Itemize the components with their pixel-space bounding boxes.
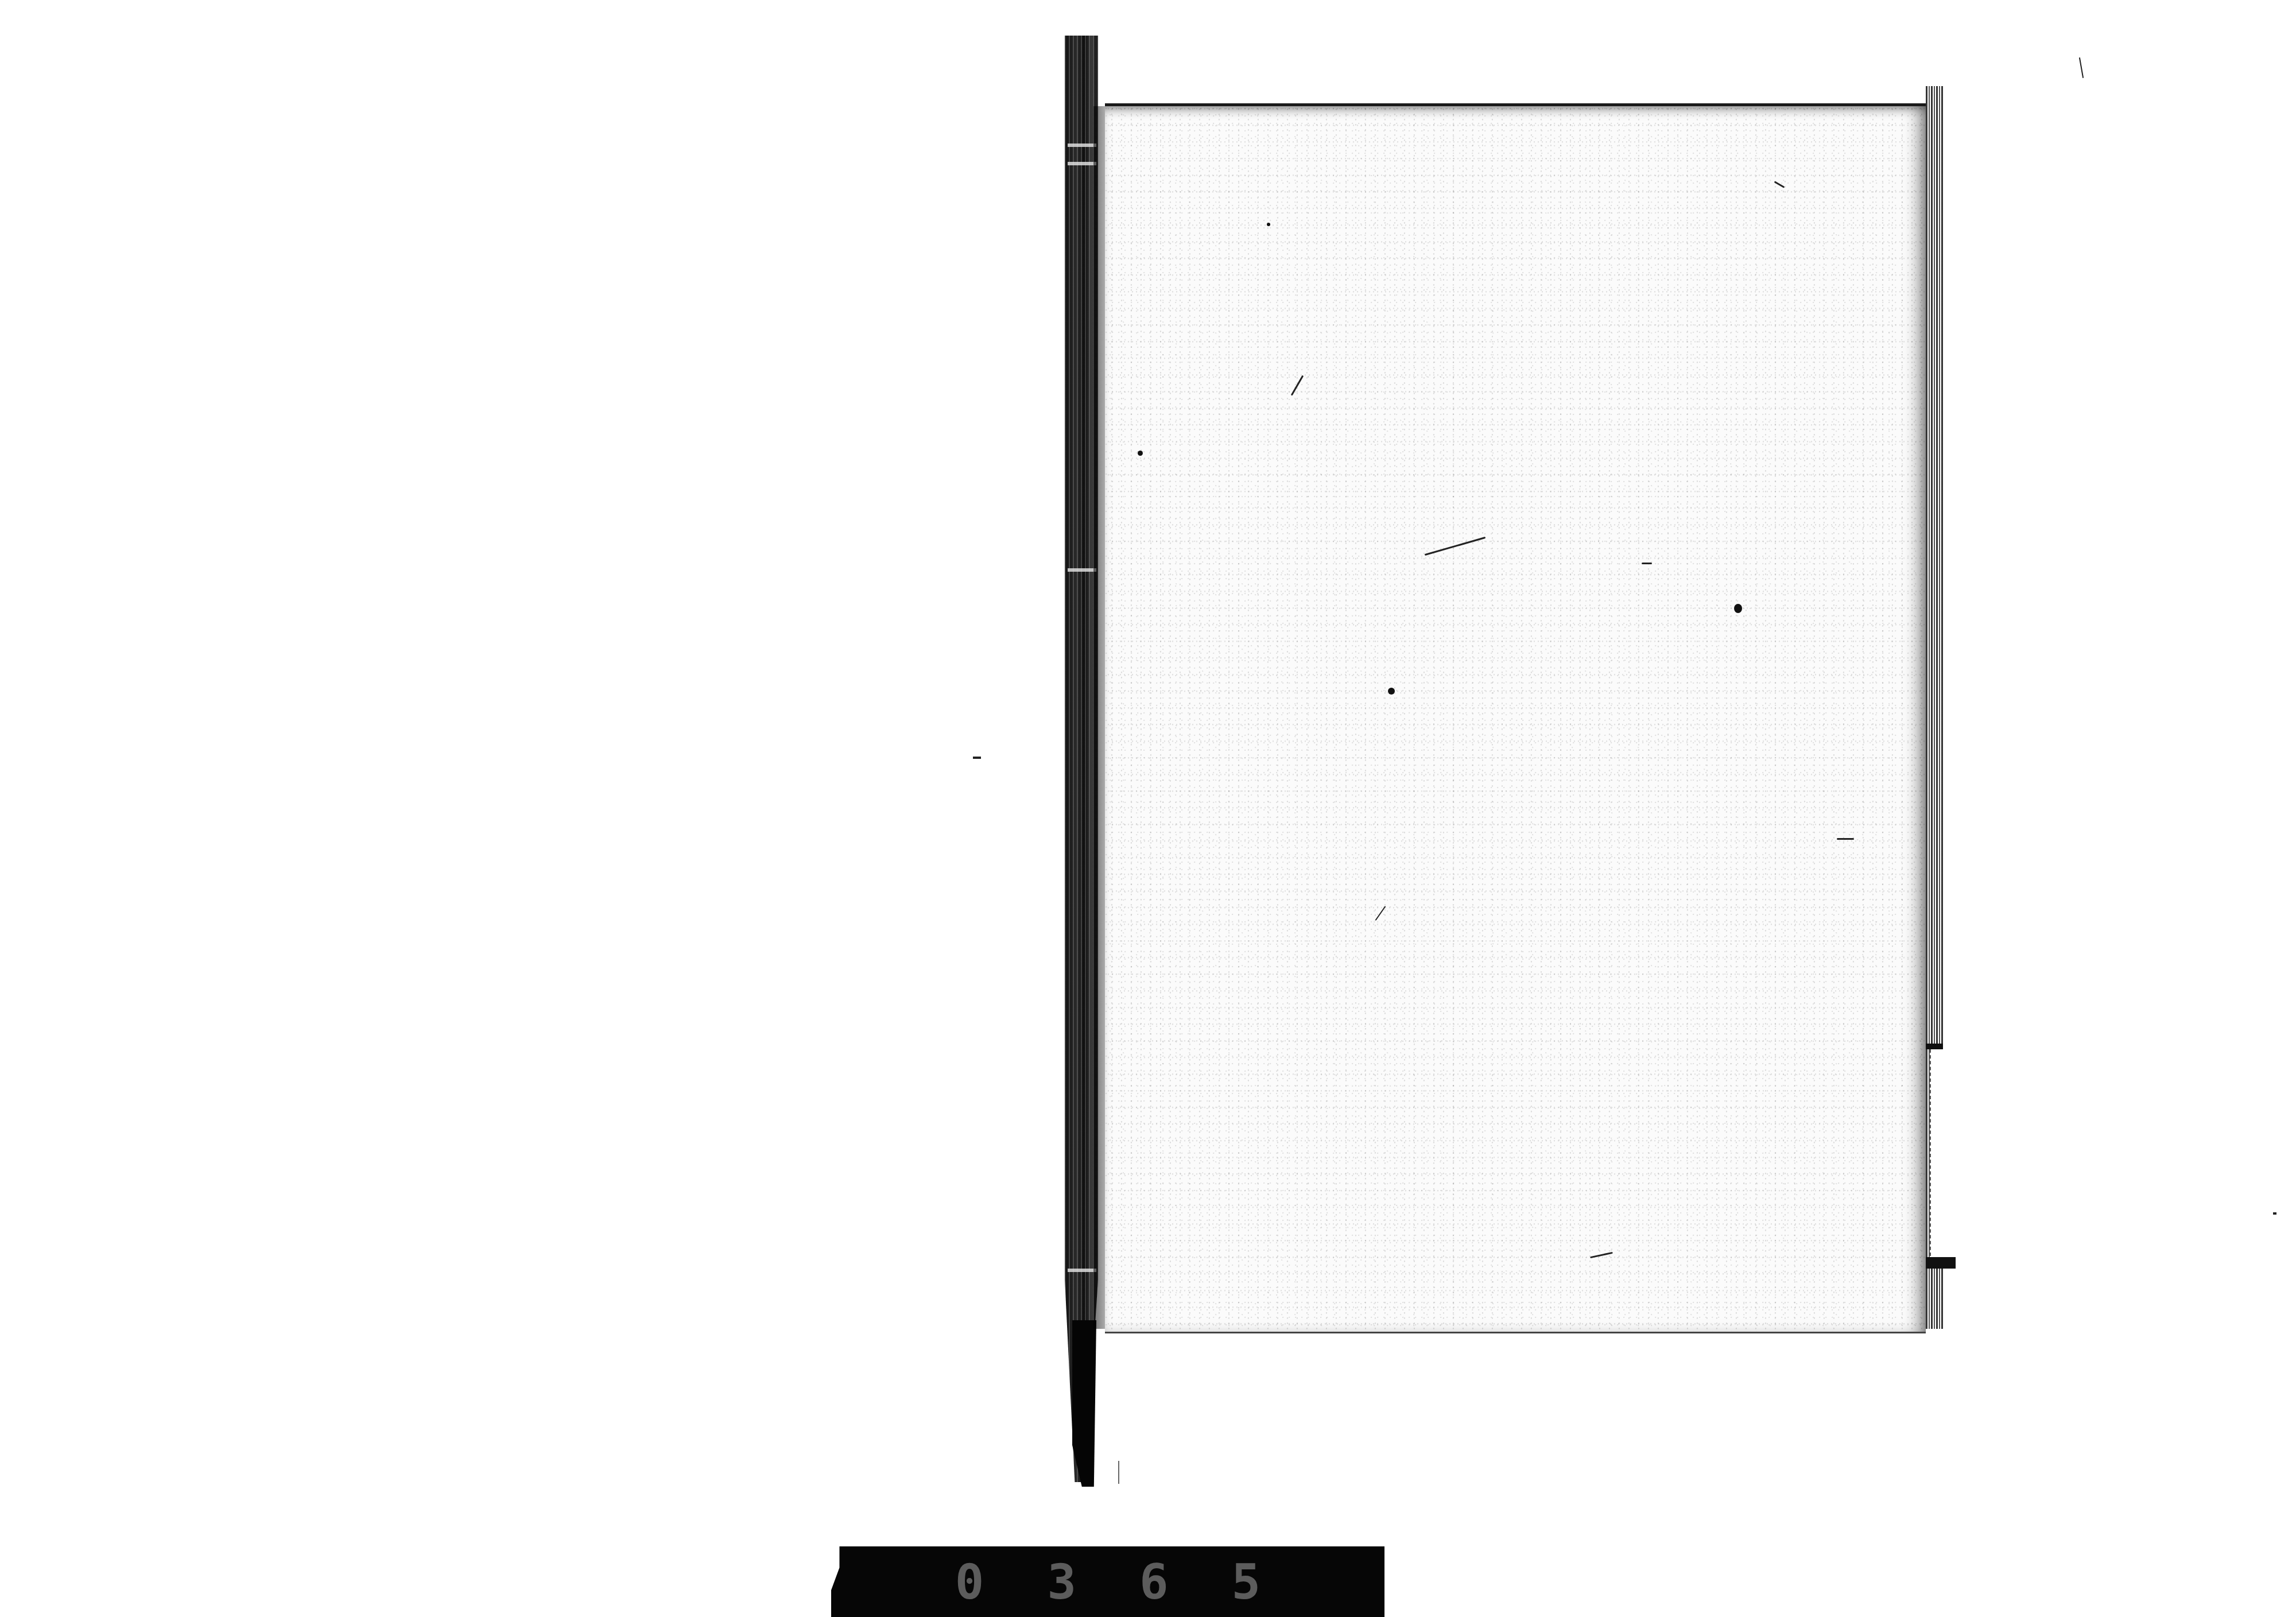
paper-speck <box>1734 604 1742 613</box>
paper-fiber <box>1642 563 1652 564</box>
fore-edge-gap <box>1930 1044 1945 1262</box>
paper-speck <box>1267 223 1270 226</box>
paper-speck <box>1138 451 1143 456</box>
label-number: 0365 <box>892 1554 1324 1610</box>
scan-mark <box>2273 1212 2276 1215</box>
paper-fiber <box>1837 838 1854 840</box>
edge-tab <box>1926 1257 1956 1263</box>
scan-mark <box>2079 57 2084 78</box>
blank-page <box>1105 103 1926 1333</box>
scan-background: 0365 <box>0 0 2296 1617</box>
scan-mark <box>1118 1461 1119 1484</box>
edge-tab <box>1926 1263 1956 1269</box>
spine-band <box>1068 1269 1096 1272</box>
spine-band <box>1068 144 1096 147</box>
catalog-label: 0365 <box>831 1546 1384 1617</box>
scan-mark <box>973 757 981 759</box>
spine-band <box>1068 568 1096 572</box>
edge-tab <box>1926 1044 1943 1049</box>
spine-band <box>1068 162 1096 165</box>
paper-speck <box>1388 688 1395 695</box>
